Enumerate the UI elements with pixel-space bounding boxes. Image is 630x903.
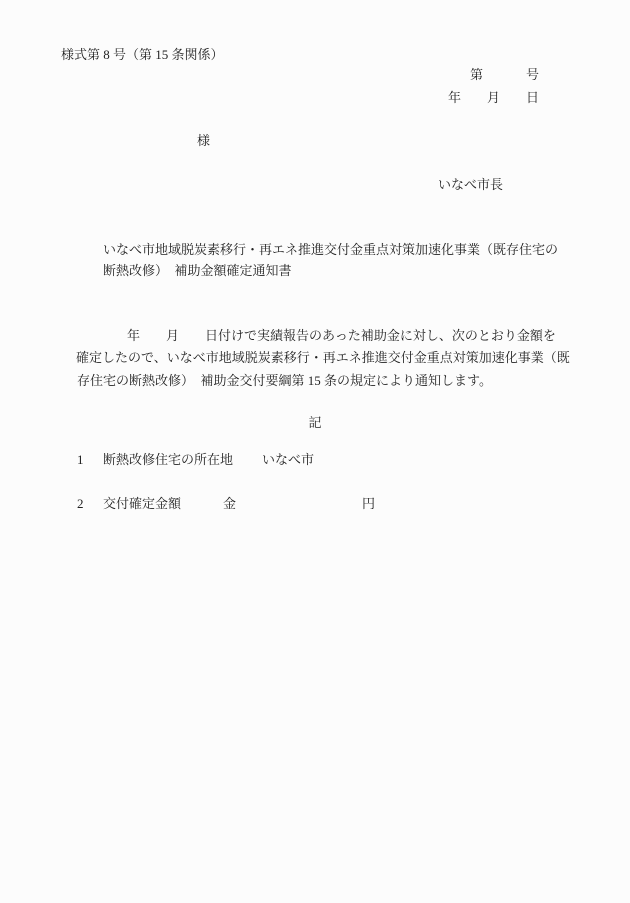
- document-title-line1: いなべ市地域脱炭素移行・再エネ推進交付金重点対策加速化事業（既存住宅の: [103, 242, 558, 258]
- item-2-label: 交付確定金額: [103, 496, 181, 512]
- record-marker: 記: [0, 415, 630, 431]
- date-line: 年 月 日: [448, 90, 539, 106]
- doc-number-line: 第 号: [470, 67, 540, 83]
- item-2-row: 2 交付確定金額 金 円: [0, 496, 630, 514]
- item-2-amount-prefix: 金: [223, 496, 236, 512]
- item-2-amount-suffix: 円: [362, 496, 375, 512]
- document-page: 様式第 8 号（第 15 条関係） 第 号 年 月 日 様 いなべ市長 いなべ市…: [0, 0, 630, 903]
- form-number: 様式第 8 号（第 15 条関係）: [61, 47, 224, 63]
- item-2-number: 2: [77, 496, 84, 512]
- item-1-value: いなべ市: [262, 452, 314, 468]
- sender-line: いなべ市長: [438, 177, 503, 193]
- body-line3: 存住宅の断熱改修） 補助金交付要綱第 15 条の規定により通知します。: [77, 373, 492, 389]
- recipient-line: 様: [197, 133, 210, 149]
- body-line2: 確定したので、いなべ市地域脱炭素移行・再エネ推進交付金重点対策加速化事業（既: [76, 350, 570, 366]
- document-title-line2: 断熱改修） 補助金額確定通知書: [103, 263, 292, 279]
- item-1-number: 1: [77, 452, 84, 468]
- body-line1: 年 月 日付けで実績報告のあった補助金に対し、次のとおり金額を: [127, 328, 556, 344]
- item-1-label: 断熱改修住宅の所在地: [103, 452, 233, 468]
- item-1-row: 1 断熱改修住宅の所在地 いなべ市: [0, 452, 630, 470]
